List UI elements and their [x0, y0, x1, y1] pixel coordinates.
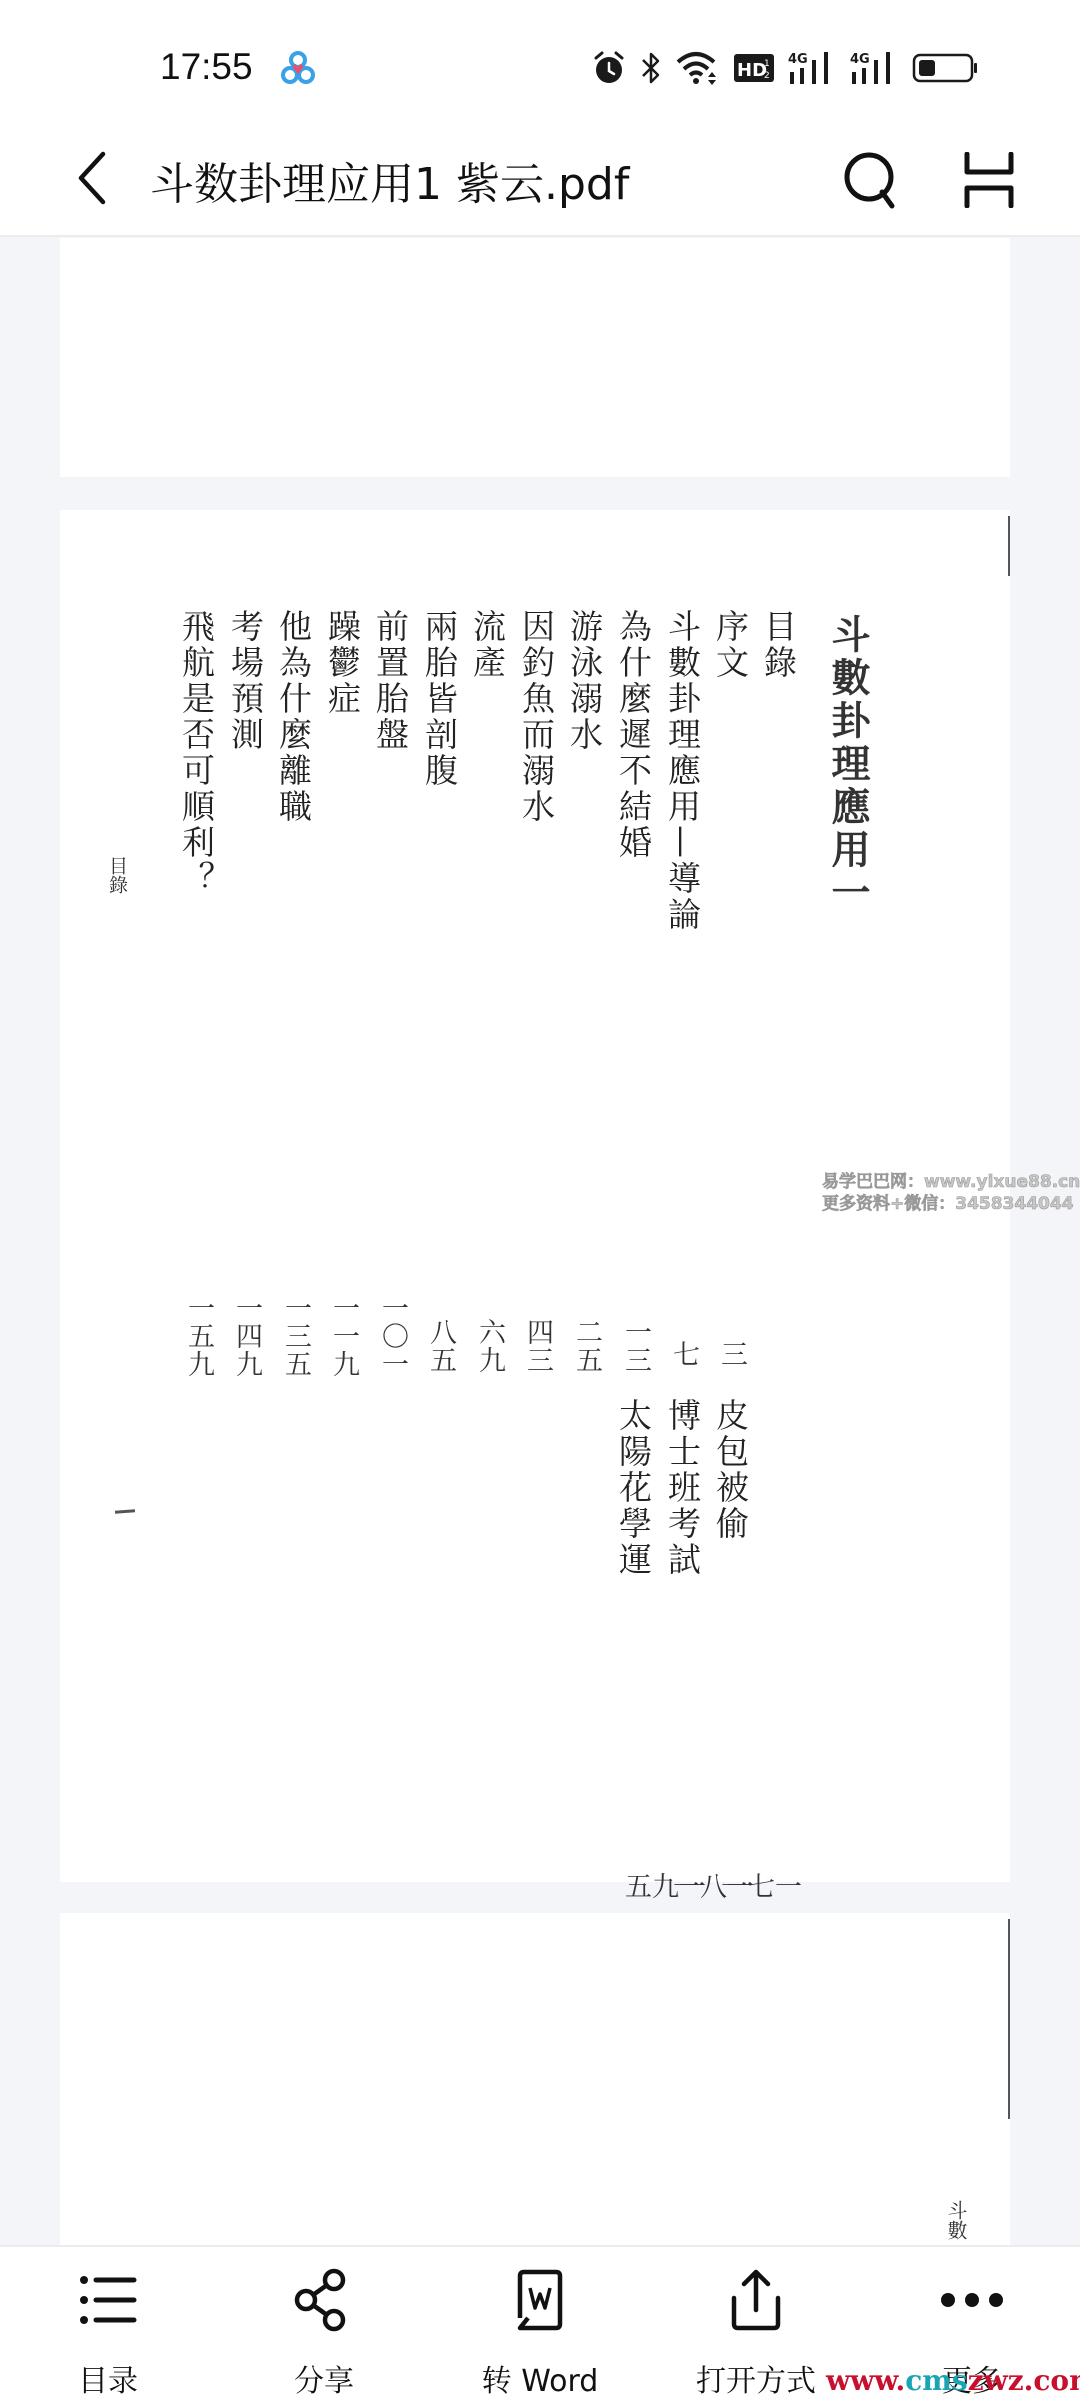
toc-entry[interactable]: 博士班考試: [666, 1398, 699, 1578]
toc-entry[interactable]: 躁鬱症: [326, 609, 359, 717]
page-edge-line: [1008, 1919, 1010, 2119]
signal-4g-icon: 4G: [788, 50, 836, 86]
toc-entry[interactable]: 他為什麼離職: [277, 609, 310, 825]
alarm-icon: [592, 50, 626, 86]
toc-page-number: 六九: [476, 1318, 503, 1374]
svg-text:1: 1: [764, 59, 770, 69]
svg-text:2: 2: [764, 71, 770, 81]
toc-page-number: 一〇一: [379, 1294, 406, 1378]
header-bar: 斗数卦理应用1 紫云.pdf: [0, 130, 1080, 237]
list-icon: [73, 2267, 143, 2332]
fit-width-button[interactable]: [958, 144, 1020, 220]
bluetooth-icon: [640, 50, 662, 86]
search-button[interactable]: [838, 144, 904, 220]
open-with-icon: [721, 2267, 791, 2332]
watermark-part: www.: [826, 2364, 905, 2397]
pdf-viewer[interactable]: 斗數卦理應用一 目錄 序文 斗數卦理應用—導論 為什麼遲不結婚 游泳溺水 因釣魚…: [0, 237, 1080, 2245]
status-time: 17:55: [160, 46, 253, 88]
search-icon: [842, 150, 900, 214]
toc-entry[interactable]: 皮包被偷: [714, 1398, 747, 1542]
watermark-part: cms: [905, 2364, 967, 2397]
toc-entry[interactable]: 考場預測: [229, 609, 262, 753]
site-watermark: www.cmszwz.com: [826, 2364, 1080, 2397]
watermark-line: 更多资料+微信：3458344044: [822, 1193, 1080, 1215]
share-label: 分享: [294, 2356, 354, 2400]
convert-word-button[interactable]: 转 Word: [432, 2247, 648, 2400]
page-number-mark: [115, 1509, 135, 1513]
baidu-netdisk-icon: [278, 48, 318, 88]
page-side-label: 目錄: [107, 856, 126, 894]
share-icon: [289, 2267, 359, 2332]
page-side-label: 斗數: [945, 2200, 967, 2240]
toc-entry[interactable]: 飛航是否可順利？: [180, 609, 213, 897]
toc-entry[interactable]: 因釣魚而溺水: [520, 609, 553, 825]
toc-page-number: 四三: [524, 1318, 551, 1374]
share-button[interactable]: 分享: [216, 2247, 432, 2400]
page-edge-line: [1008, 516, 1010, 576]
signal-4g-icon: 4G: [850, 50, 898, 86]
watermark-text: 易学巴巴网：www.yixue88.cn 更多资料+微信：3458344044: [822, 1171, 1080, 1215]
battery-icon: [912, 52, 978, 84]
toc-entry[interactable]: 流產: [471, 609, 504, 681]
status-icons: HD12 4G 4G: [592, 48, 978, 88]
toc-entry[interactable]: 目錄: [762, 609, 795, 681]
book-title: 斗數卦理應用一: [828, 614, 867, 915]
toc-entry[interactable]: 太陽花學運: [617, 1398, 650, 1578]
more-icon: [937, 2267, 1007, 2332]
convert-word-label: 转 Word: [482, 2356, 599, 2400]
toc-page-number: 一三五: [282, 1294, 309, 1378]
toc-page-number: 一五九: [185, 1294, 212, 1378]
status-bar: 17:55 HD12 4G 4G: [0, 0, 1080, 130]
document-title: 斗数卦理应用1 紫云.pdf: [150, 148, 629, 212]
watermark-line: 易学巴巴网：www.yixue88.cn: [822, 1171, 1080, 1193]
wifi-icon: [676, 50, 720, 86]
svg-text:HD: HD: [737, 60, 767, 81]
toc-label: 目录: [78, 2356, 138, 2400]
chevron-left-icon: [75, 150, 109, 210]
toc-entry[interactable]: 兩胎皆剖腹: [423, 609, 456, 789]
toc-page-number: 三: [718, 1340, 745, 1368]
pdf-page-1: [60, 238, 1010, 477]
fit-width-icon: [962, 152, 1016, 212]
watermark-part: zwz.com: [968, 2364, 1080, 2397]
hd-voice-icon: HD12: [734, 52, 774, 84]
toc-entry[interactable]: 前置胎盤: [374, 609, 407, 753]
toc-page-number: 一一九: [330, 1294, 357, 1378]
toc-button[interactable]: 目录: [0, 2247, 216, 2400]
toc-page-number: 一九五: [622, 1872, 703, 1900]
pdf-page-3: 斗數: [60, 1913, 1010, 2245]
toc-page-number: 七: [670, 1340, 697, 1368]
toc-entry[interactable]: 斗數卦理應用—導論: [666, 609, 699, 933]
svg-text:4G: 4G: [788, 52, 808, 67]
open-with-label: 打开方式: [696, 2356, 816, 2400]
toc-page-number: 一三: [622, 1318, 649, 1374]
convert-word-icon: [505, 2267, 575, 2332]
toc-page-number: 一四九: [233, 1294, 260, 1378]
toc-entry[interactable]: 游泳溺水: [568, 609, 601, 753]
svg-text:4G: 4G: [850, 52, 870, 67]
toc-entry[interactable]: 為什麼遲不結婚: [617, 609, 650, 861]
toc-entry[interactable]: 序文: [714, 609, 747, 681]
toc-page-number: 二五: [573, 1318, 600, 1374]
back-button[interactable]: [62, 140, 122, 220]
toc-page-number: 八五: [427, 1318, 454, 1374]
